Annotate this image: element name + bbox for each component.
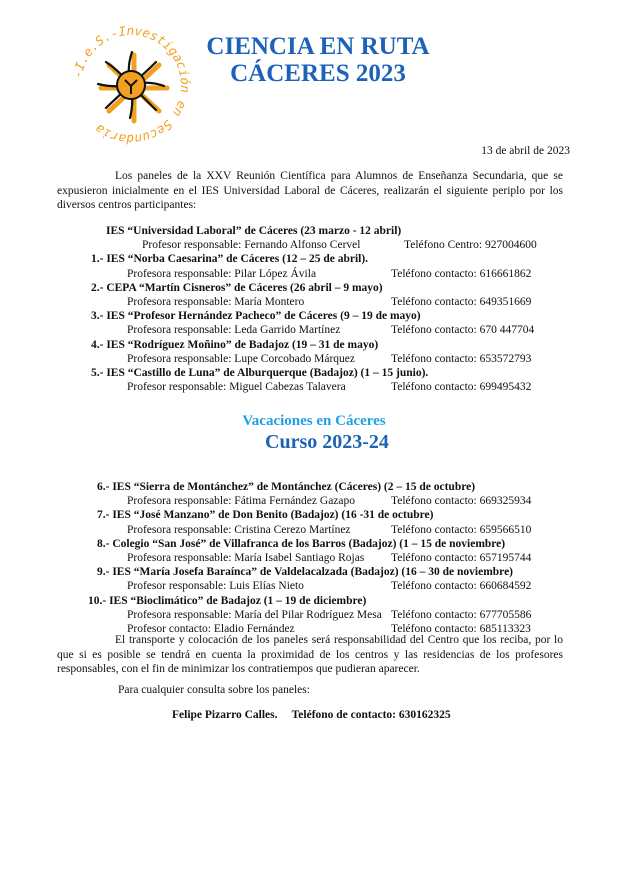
route-stop: 6.- IES “Sierra de Montánchez” de Montán… <box>0 481 628 495</box>
route-stop-heading: 7.- IES “José Manzano” de Don Benito (Ba… <box>97 509 433 521</box>
route-stop: IES “Universidad Laboral” de Cáceres (23… <box>0 225 628 239</box>
route-stop-heading: 1.- IES “Norba Caesarina” de Cáceres (12… <box>91 253 368 265</box>
route-stop-heading: 5.- IES “Castillo de Luna” de Alburquerq… <box>91 367 428 379</box>
route-stop-contact: Profesora responsable: Cristina Cerezo M… <box>0 524 628 538</box>
responsible-teacher: Profesora responsable: María Montero <box>127 296 304 308</box>
route-stop: 5.- IES “Castillo de Luna” de Alburquerq… <box>0 367 628 381</box>
route-stop-heading: 3.- IES “Profesor Hernández Pacheco” de … <box>91 310 421 322</box>
contact-phone: Teléfono de contacto: 630162325 <box>292 709 451 721</box>
route-stop: 9.- IES “María Josefa Baraínca” de Valde… <box>0 566 628 580</box>
title-line-1: CIENCIA EN RUTA <box>178 33 458 60</box>
route-stop-heading: 6.- IES “Sierra de Montánchez” de Montán… <box>97 481 475 493</box>
contact-phone: Teléfono contacto: 677705586 <box>391 609 531 621</box>
route-stop: 1.- IES “Norba Caesarina” de Cáceres (12… <box>0 253 628 267</box>
route-stop-heading: 8.- Colegio “San José” de Villafranca de… <box>97 538 505 550</box>
contact-phone: Teléfono contacto: 616661862 <box>391 268 531 280</box>
responsible-teacher: Profesora responsable: Fátima Fernández … <box>127 495 355 507</box>
page-title: CIENCIA EN RUTA CÁCERES 2023 <box>178 33 458 87</box>
route-stop-heading: 10.- IES “Bioclimático” de Badajoz (1 – … <box>88 595 366 607</box>
route-stop-contact: Profesora responsable: Lupe Corcobado Má… <box>0 353 628 367</box>
route-stop-contact: Profesor responsable: Luis Elías NietoTe… <box>0 580 628 594</box>
route-stop: 2.- CEPA “Martín Cisneros” de Cáceres (2… <box>0 282 628 296</box>
route-stop: 8.- Colegio “San José” de Villafranca de… <box>0 538 628 552</box>
route-stop-contact: Profesora responsable: Leda Garrido Mart… <box>0 324 628 338</box>
contact-phone: Teléfono contacto: 657195744 <box>391 552 531 564</box>
document-date: 13 de abril de 2023 <box>481 145 570 157</box>
closing-paragraph: El transporte y colocación de los panele… <box>57 633 563 677</box>
contact-name: Felipe Pizarro Calles. <box>172 709 278 721</box>
route-stop: 4.- IES “Rodríguez Moñino” de Badajoz (1… <box>0 339 628 353</box>
responsible-teacher: Profesora responsable: Pilar López Ávila <box>127 268 316 280</box>
contact-phone: Teléfono contacto: 699495432 <box>391 381 531 393</box>
route-stop-heading: 4.- IES “Rodríguez Moñino” de Badajoz (1… <box>91 339 378 351</box>
contact-phone: Teléfono contacto: 659566510 <box>391 524 531 536</box>
route-2024-list: 6.- IES “Sierra de Montánchez” de Montán… <box>0 481 628 637</box>
route-stop: 10.- IES “Bioclimático” de Badajoz (1 – … <box>0 595 628 609</box>
route-stop-heading: IES “Universidad Laboral” de Cáceres (23… <box>106 225 401 237</box>
responsible-teacher: Profesor responsable: Fernando Alfonso C… <box>142 239 360 251</box>
responsible-teacher: Profesor responsable: Luis Elías Nieto <box>127 580 304 592</box>
route-stop-contact: Profesora responsable: María del Pilar R… <box>0 609 628 623</box>
responsible-teacher: Profesora responsable: María del Pilar R… <box>127 609 382 621</box>
route-stop-heading: 9.- IES “María Josefa Baraínca” de Valde… <box>97 566 513 578</box>
route-stop: 3.- IES “Profesor Hernández Pacheco” de … <box>0 310 628 324</box>
route-stop-contact: Profesora responsable: María Isabel Sant… <box>0 552 628 566</box>
section-title: Curso 2023-24 <box>0 431 628 454</box>
route-stop-contact: Profesor responsable: Miguel Cabezas Tal… <box>0 381 628 395</box>
route-stop: 7.- IES “José Manzano” de Don Benito (Ba… <box>0 509 628 523</box>
route-stop-contact: Profesor responsable: Fernando Alfonso C… <box>0 239 628 253</box>
route-stop-contact: Profesora responsable: María MonteroTelé… <box>0 296 628 310</box>
responsible-teacher: Profesora responsable: Leda Garrido Mart… <box>127 324 340 336</box>
responsible-teacher: Profesora responsable: Lupe Corcobado Má… <box>127 353 355 365</box>
responsible-teacher: Profesora responsable: Cristina Cerezo M… <box>127 524 351 536</box>
route-stop-contact: Profesora responsable: Fátima Fernández … <box>0 495 628 509</box>
route-stop-contact: Profesora responsable: Pilar López Ávila… <box>0 268 628 282</box>
sun-icon <box>98 52 167 121</box>
contact-phone: Teléfono contacto: 649351669 <box>391 296 531 308</box>
responsible-teacher: Profesor responsable: Miguel Cabezas Tal… <box>127 381 346 393</box>
contact-phone: Teléfono contacto: 660684592 <box>391 580 531 592</box>
consult-line: Para cualquier consulta sobre los panele… <box>118 683 310 698</box>
route-2023-list: IES “Universidad Laboral” de Cáceres (23… <box>0 225 628 395</box>
contact-phone: Teléfono Centro: 927004600 <box>404 239 537 251</box>
contact-phone: Teléfono contacto: 670 447704 <box>391 324 534 336</box>
responsible-teacher: Profesora responsable: María Isabel Sant… <box>127 552 364 564</box>
section-subtitle: Vacaciones en Cáceres <box>0 413 628 430</box>
contact-phone: Teléfono contacto: 669325934 <box>391 495 531 507</box>
title-line-2: CÁCERES 2023 <box>178 60 458 87</box>
contact-line: Felipe Pizarro Calles. Teléfono de conta… <box>172 709 451 721</box>
ies-investigacion-logo: -I.e.S.-Investigación en Secundaria <box>68 22 194 148</box>
route-stop-heading: 2.- CEPA “Martín Cisneros” de Cáceres (2… <box>91 282 383 294</box>
contact-phone: Teléfono contacto: 653572793 <box>391 353 531 365</box>
intro-paragraph: Los paneles de la XXV Reunión Científica… <box>57 169 563 213</box>
